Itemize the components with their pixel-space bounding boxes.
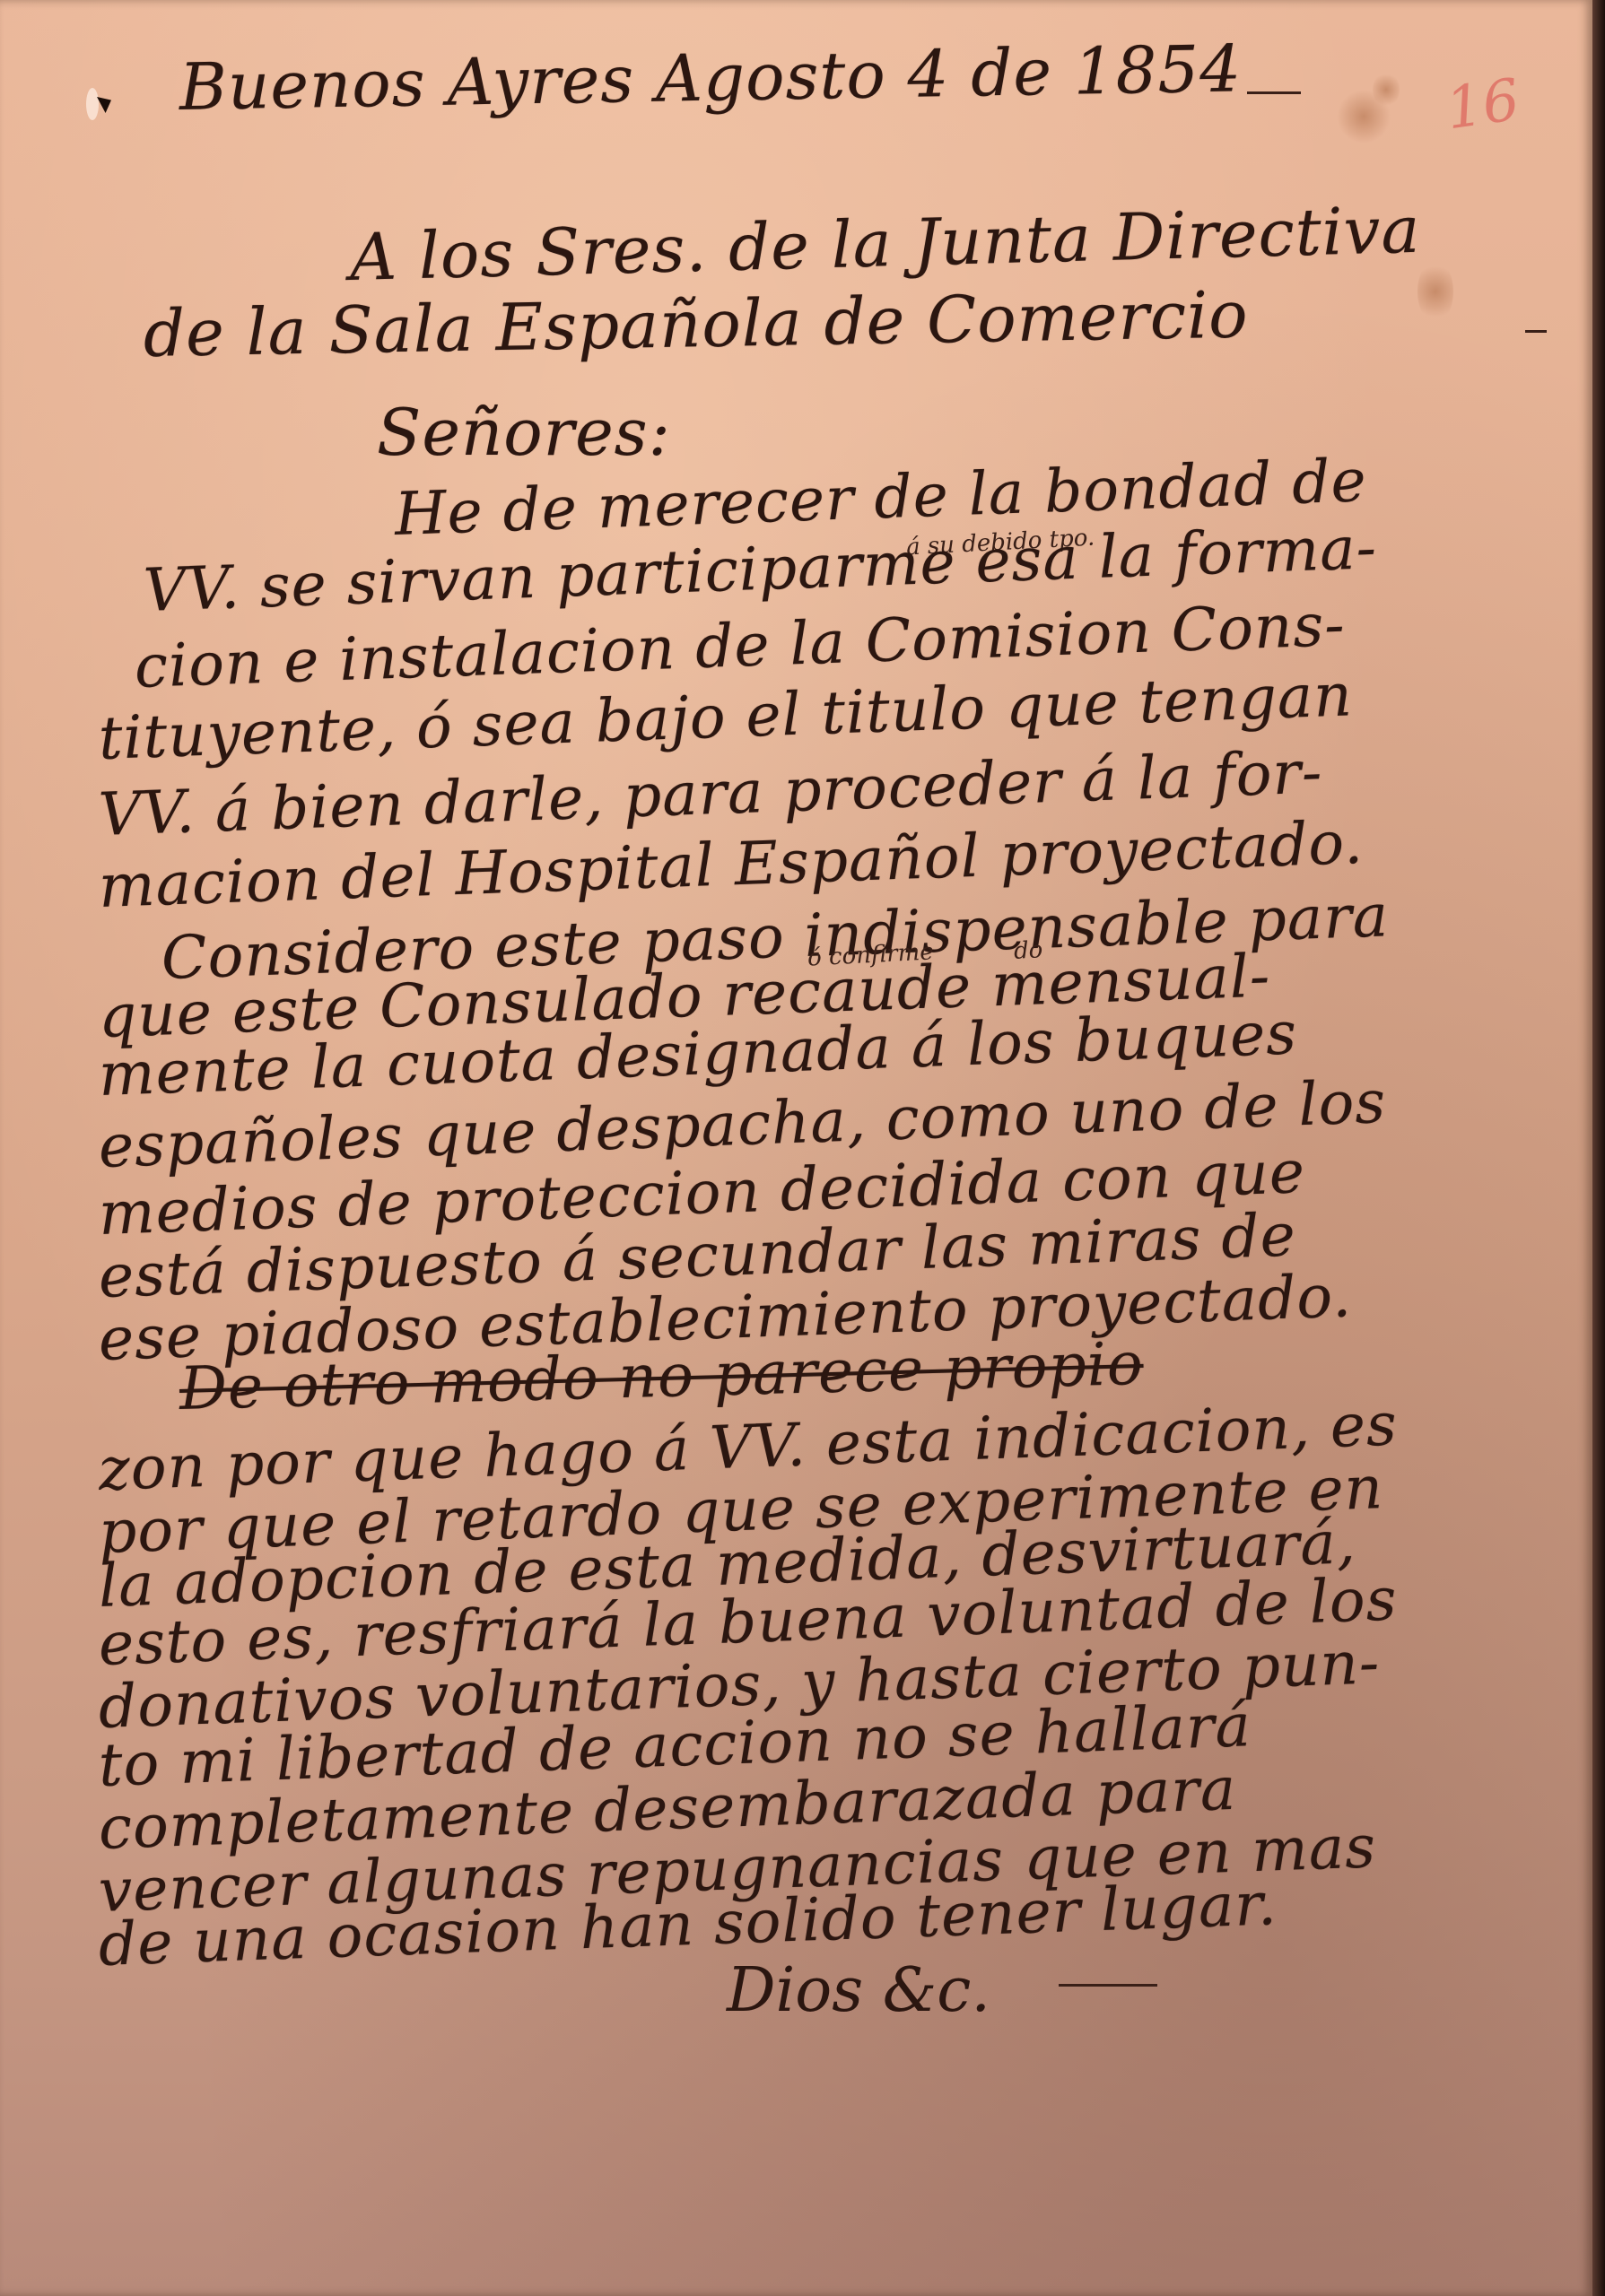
addressee-rule [1525, 330, 1547, 333]
closing-formula: Dios &c. [727, 1955, 990, 2026]
folio-number: 16 [1442, 67, 1523, 143]
addressee-line-2: de la Sala Española de Comercio [143, 277, 1249, 371]
dateline: Buenos Ayres Agosto 4 de 1854 [179, 30, 1242, 125]
page-edge-shadow [1592, 0, 1605, 2296]
salutation: Señores: [377, 395, 671, 470]
pin-hole [97, 97, 111, 113]
dateline-rule [1247, 91, 1301, 94]
closing-rule [1059, 1984, 1157, 1987]
foxing-stain [1417, 260, 1453, 323]
pin-hole-glare [86, 88, 99, 120]
manuscript-page: 16 Buenos Ayres Agosto 4 de 1854 A los S… [0, 0, 1592, 2296]
foxing-stain [1373, 72, 1400, 108]
addressee-line-1: A los Sres. de la Junta Directiva [349, 192, 1421, 295]
